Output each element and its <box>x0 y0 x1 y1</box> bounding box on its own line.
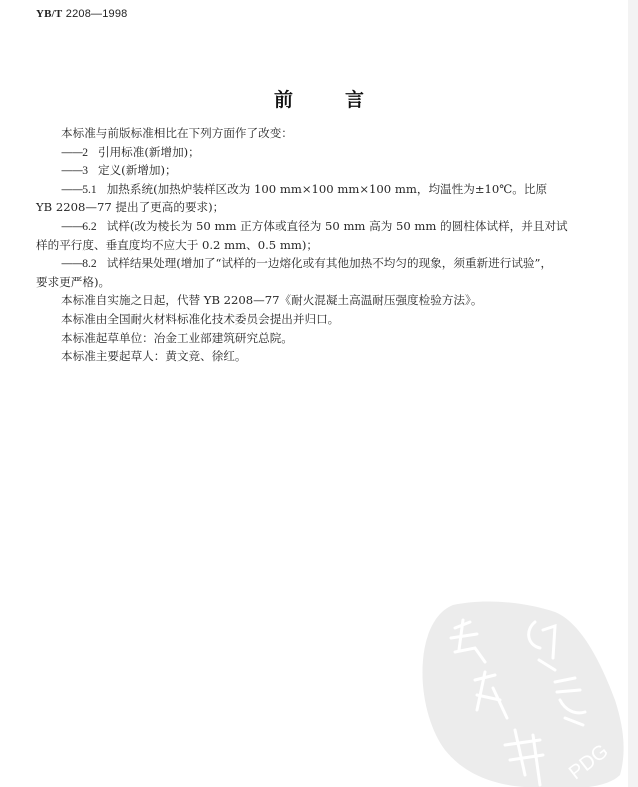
paragraph-text: 样的平行度、垂直度均不应大于 0.2 mm、0.5 mm)； <box>36 238 318 252</box>
paragraph-text: 加热系统(加热炉装样区改为 100 mm×100 mm×100 mm，均温性为±… <box>107 182 547 196</box>
clause-number: 6.2 <box>82 218 97 237</box>
change-item-5-1: ——5.1加热系统(加热炉装样区改为 100 mm×100 mm×100 mm，… <box>36 180 624 199</box>
change-item-2: ——2引用标准(新增加)； <box>36 143 624 162</box>
paragraph-text: 定义(新增加)； <box>98 163 177 177</box>
standard-code-prefix: YB/T <box>36 8 62 20</box>
standard-code-header: YB/T 2208—1998 <box>36 8 128 20</box>
paragraph-text: 试样(改为棱长为 50 mm 正方体或直径为 50 mm 高为 50 mm 的圆… <box>107 219 568 233</box>
clause-number: 5.1 <box>82 181 97 200</box>
paragraph-text: 本标准自实施之日起，代替 YB 2208—77《耐火混凝土高温耐压强度检验方法》… <box>61 293 482 307</box>
paragraph-text: 本标准主要起草人：黄文竞、徐红。 <box>61 349 247 363</box>
page-title: 前言 <box>0 85 638 112</box>
em-dash: —— <box>61 256 82 270</box>
change-item-5-1-continued: YB 2208—77 提出了更高的要求)； <box>36 198 624 217</box>
clause-number: 3 <box>82 162 88 181</box>
paragraph-replaces: 本标准自实施之日起，代替 YB 2208—77《耐火混凝土高温耐压强度检验方法》… <box>36 291 624 310</box>
em-dash: —— <box>61 219 82 233</box>
pdg-watermark: PDG <box>415 600 630 787</box>
paragraph-drafting-unit: 本标准起草单位：冶金工业部建筑研究总院。 <box>36 329 624 348</box>
paragraph-proposed-by: 本标准由全国耐火材料标准化技术委员会提出并归口。 <box>36 310 624 329</box>
paragraph-text: YB 2208—77 提出了更高的要求)； <box>36 200 224 214</box>
foreword-body: 本标准与前版标准相比在下列方面作了改变： ——2引用标准(新增加)； ——3定义… <box>36 124 624 366</box>
title-char-1: 前 <box>274 85 293 112</box>
clause-number: 8.2 <box>82 255 97 274</box>
change-item-8-2-continued: 要求更严格)。 <box>36 273 624 292</box>
change-item-8-2: ——8.2试样结果处理(增加了“试样的一边熔化或有其他加热不均匀的现象，须重新进… <box>36 254 624 273</box>
paragraph-drafters: 本标准主要起草人：黄文竞、徐红。 <box>36 347 624 366</box>
paragraph-text: 本标准与前版标准相比在下列方面作了改变： <box>61 126 293 140</box>
change-item-6-2-continued: 样的平行度、垂直度均不应大于 0.2 mm、0.5 mm)； <box>36 236 624 255</box>
em-dash: —— <box>61 182 82 196</box>
paragraph-intro: 本标准与前版标准相比在下列方面作了改变： <box>36 124 624 143</box>
paragraph-text: 试样结果处理(增加了“试样的一边熔化或有其他加热不均匀的现象，须重新进行试验”， <box>107 256 552 270</box>
paragraph-text: 引用标准(新增加)； <box>98 145 200 159</box>
em-dash: —— <box>61 163 82 177</box>
paragraph-text: 要求更严格)。 <box>36 275 110 289</box>
seal-stamp-icon: PDG <box>415 600 630 787</box>
change-item-6-2: ——6.2试样(改为棱长为 50 mm 正方体或直径为 50 mm 高为 50 … <box>36 217 624 236</box>
change-item-3: ——3定义(新增加)； <box>36 161 624 180</box>
paragraph-text: 本标准起草单位：冶金工业部建筑研究总院。 <box>61 331 293 345</box>
title-char-2: 言 <box>345 85 364 112</box>
clause-number: 2 <box>82 144 88 163</box>
standard-code-number: 2208—1998 <box>66 8 128 20</box>
paragraph-text: 本标准由全国耐火材料标准化技术委员会提出并归口。 <box>61 312 339 326</box>
em-dash: —— <box>61 145 82 159</box>
